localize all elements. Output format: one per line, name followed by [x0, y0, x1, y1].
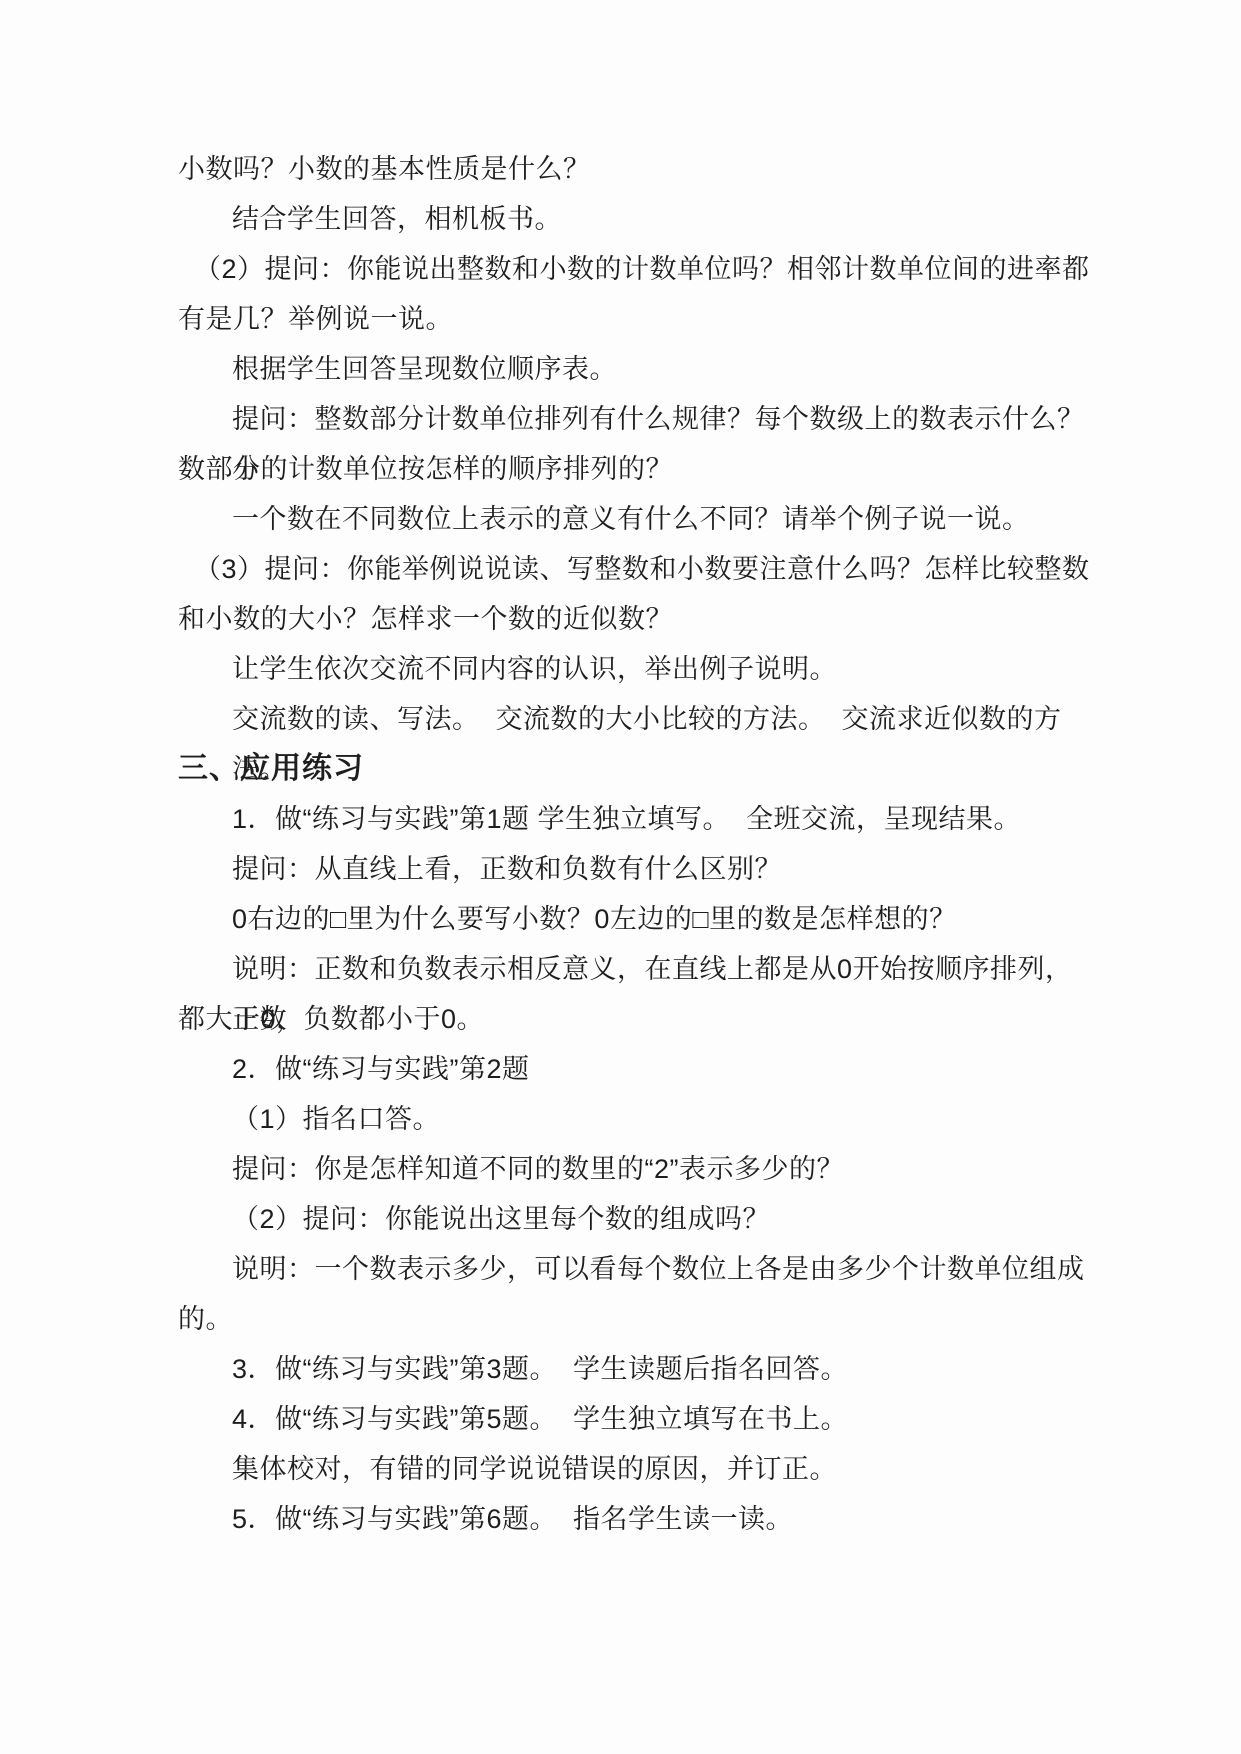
text-line: 根据学生回答呈现数位顺序表。 — [232, 344, 1091, 394]
text-line: 结合学生回答，相机板书。 — [232, 194, 1091, 244]
text-line: 的。 — [178, 1294, 1091, 1344]
lesson-plan-text-block: 小数吗？小数的基本性质是什么？结合学生回答，相机板书。（2）提问：你能说出整数和… — [178, 144, 1091, 1544]
text-line: 说明：一个数表示多少，可以看每个数位上各是由多少个计数单位组成 — [232, 1244, 1091, 1294]
section-heading: 三、应用练习 — [178, 744, 1091, 794]
text-line: 说明：正数和负数表示相反意义，在直线上都是从0开始按顺序排列，正数 — [232, 944, 1091, 994]
text-line: 都大于0，负数都小于0。 — [178, 994, 1091, 1044]
text-line: 交流数的读、写法。 交流数的大小比较的方法。 交流求近似数的方法。 — [232, 694, 1091, 744]
text-line: 提问：从直线上看，正数和负数有什么区别？ — [232, 844, 1091, 894]
text-line: 1．做“练习与实践”第1题 学生独立填写。 全班交流，呈现结果。 — [232, 794, 1091, 844]
text-line: 4．做“练习与实践”第5题。 学生独立填写在书上。 — [232, 1394, 1091, 1444]
text-line: 3．做“练习与实践”第3题。 学生读题后指名回答。 — [232, 1344, 1091, 1394]
document-page: 小数吗？小数的基本性质是什么？结合学生回答，相机板书。（2）提问：你能说出整数和… — [0, 0, 1241, 1754]
text-line: （3）提问：你能举例说说读、写整数和小数要注意什么吗？怎样比较整数 — [194, 544, 1091, 594]
text-line: （1）指名口答。 — [232, 1094, 1091, 1144]
text-line: 让学生依次交流不同内容的认识，举出例子说明。 — [232, 644, 1091, 694]
text-line: 有是几？举例说一说。 — [178, 294, 1091, 344]
text-line: 提问：整数部分计数单位排列有什么规律？每个数级上的数表示什么？小 — [232, 394, 1091, 444]
text-line: 小数吗？小数的基本性质是什么？ — [178, 144, 1091, 194]
text-line: 一个数在不同数位上表示的意义有什么不同？请举个例子说一说。 — [232, 494, 1091, 544]
text-line: （2）提问：你能说出整数和小数的计数单位吗？相邻计数单位间的进率都 — [194, 244, 1091, 294]
text-line: 提问：你是怎样知道不同的数里的“2”表示多少的？ — [232, 1144, 1091, 1194]
text-line: 2．做“练习与实践”第2题 — [232, 1044, 1091, 1094]
text-line: 0右边的□里为什么要写小数？0左边的□里的数是怎样想的？ — [232, 894, 1091, 944]
text-line: 集体校对，有错的同学说说错误的原因，并订正。 — [232, 1444, 1091, 1494]
text-line: 数部分的计数单位按怎样的顺序排列的？ — [178, 444, 1091, 494]
text-line: 5．做“练习与实践”第6题。 指名学生读一读。 — [232, 1494, 1091, 1544]
text-line: 和小数的大小？怎样求一个数的近似数？ — [178, 594, 1091, 644]
text-line: （2）提问：你能说出这里每个数的组成吗？ — [232, 1194, 1091, 1244]
